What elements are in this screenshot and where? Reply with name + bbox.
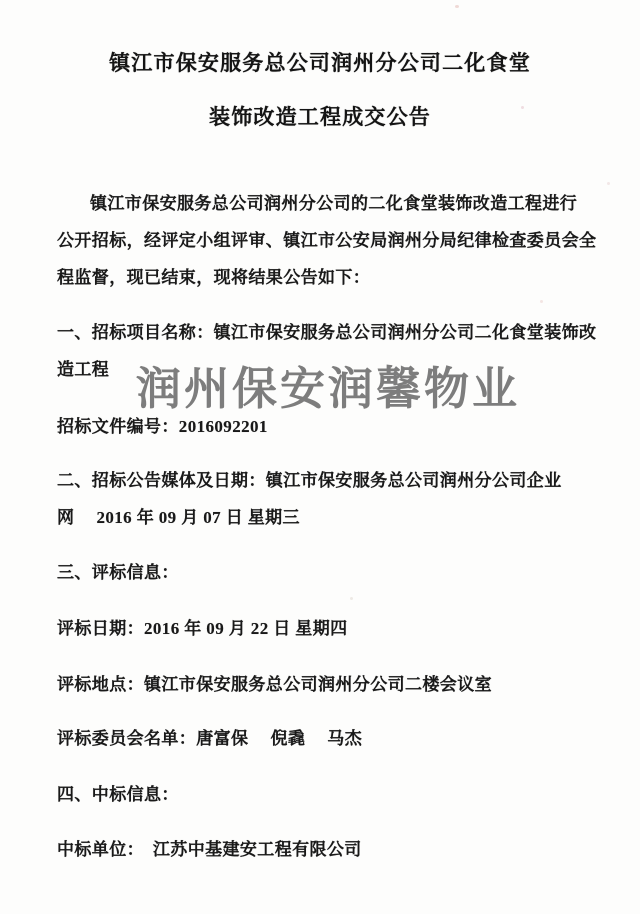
section2-heading-line2: 网 2016 年 09 月 07 日 星期三	[57, 507, 300, 528]
scan-noise-speck	[350, 597, 353, 600]
intro-paragraph-line2: 公开招标，经评定小组评审、镇江市公安局润州分局纪律检查委员会全	[57, 230, 596, 251]
intro-paragraph-line3: 程监督，现已结束，现将结果公告如下：	[57, 267, 370, 288]
bid-document-number: 招标文件编号：2016092201	[57, 416, 268, 437]
scan-noise-speck	[455, 5, 459, 8]
section2-heading-line1: 二、招标公告媒体及日期：镇江市保安服务总公司润州分公司企业	[57, 470, 562, 491]
evaluation-place: 评标地点：镇江市保安服务总公司润州分公司二楼会议室	[57, 674, 492, 695]
section3-heading: 三、评标信息：	[57, 562, 179, 583]
watermark-overlay-text: 润州保安润馨物业	[136, 352, 520, 417]
scan-noise-speck	[540, 300, 543, 303]
doc-title-line2: 装饰改造工程成交公告	[0, 101, 640, 131]
doc-title-line1: 镇江市保安服务总公司润州分公司二化食堂	[0, 47, 640, 77]
scanned-document-page: 镇江市保安服务总公司润州分公司二化食堂 装饰改造工程成交公告 镇江市保安服务总公…	[0, 0, 640, 914]
scan-noise-speck	[607, 182, 610, 185]
evaluation-committee: 评标委员会名单：唐富保 倪毳 马杰	[57, 728, 362, 749]
section4-heading: 四、中标信息：	[57, 784, 179, 805]
evaluation-date: 评标日期：2016 年 09 月 22 日 星期四	[57, 618, 348, 639]
intro-paragraph-line1: 镇江市保安服务总公司润州分公司的二化食堂装饰改造工程进行	[57, 193, 577, 214]
section1-heading-line1: 一、招标项目名称：镇江市保安服务总公司润州分公司二化食堂装饰改	[57, 322, 596, 343]
winning-bidder: 中标单位： 江苏中基建安工程有限公司	[57, 839, 362, 860]
section1-heading-line2: 造工程	[57, 359, 109, 380]
